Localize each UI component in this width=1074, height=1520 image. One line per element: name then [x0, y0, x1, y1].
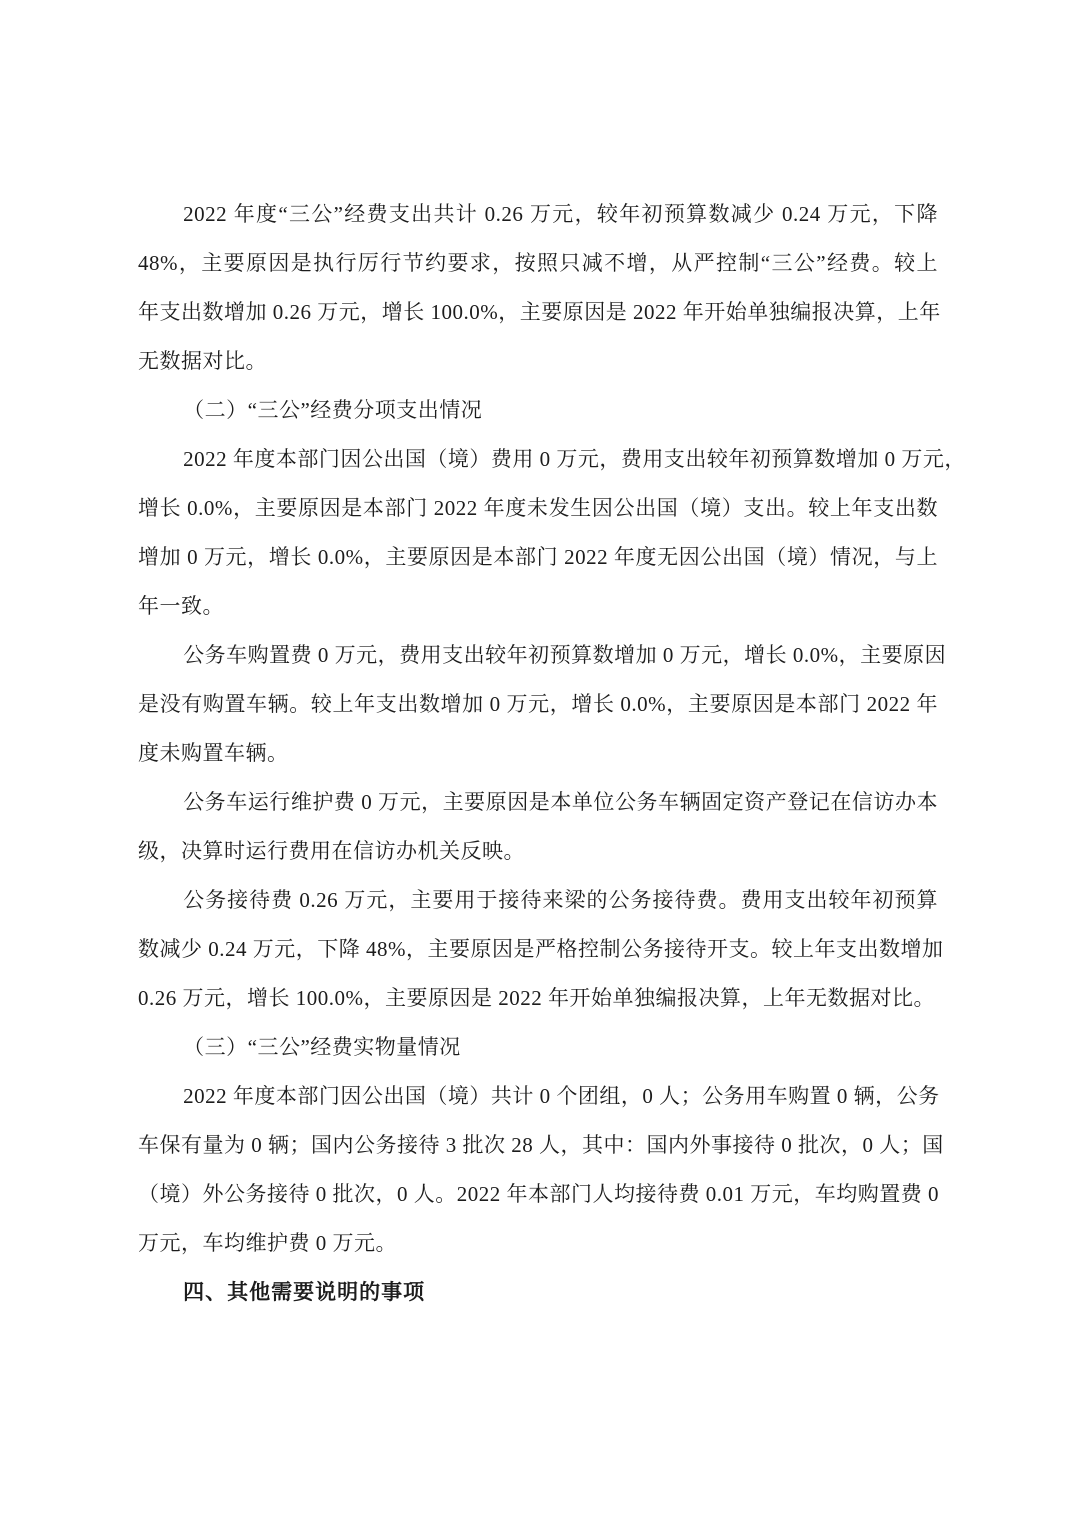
paragraph-line: 增加 0 万元，增长 0.0%，主要原因是本部门 2022 年度无因公出国（境）…	[138, 533, 938, 582]
paragraph-line: 万元，车均维护费 0 万元。	[138, 1219, 938, 1268]
paragraph-line: 数减少 0.24 万元，下降 48%，主要原因是严格控制公务接待开支。较上年支出…	[138, 925, 938, 974]
document-page: 2022 年度“三公”经费支出共计 0.26 万元，较年初预算数减少 0.24 …	[0, 0, 1074, 1520]
paragraph-line: 无数据对比。	[138, 337, 938, 386]
paragraph-line: 2022 年度“三公”经费支出共计 0.26 万元，较年初预算数减少 0.24 …	[138, 190, 938, 239]
paragraph-line: （境）外公务接待 0 批次，0 人。2022 年本部门人均接待费 0.01 万元…	[138, 1170, 938, 1219]
paragraph-line: 48%，主要原因是执行厉行节约要求，按照只减不增，从严控制“三公”经费。较上	[138, 239, 938, 288]
paragraph-line: 级，决算时运行费用在信访办机关反映。	[138, 827, 938, 876]
paragraph-line: 0.26 万元，增长 100.0%，主要原因是 2022 年开始单独编报决算，上…	[138, 974, 938, 1023]
paragraph-line: 公务接待费 0.26 万元，主要用于接待来梁的公务接待费。费用支出较年初预算	[138, 876, 938, 925]
paragraph-line: 增长 0.0%，主要原因是本部门 2022 年度未发生因公出国（境）支出。较上年…	[138, 484, 938, 533]
paragraph-line: 年支出数增加 0.26 万元，增长 100.0%，主要原因是 2022 年开始单…	[138, 288, 938, 337]
paragraph-line: 车保有量为 0 辆；国内公务接待 3 批次 28 人，其中：国内外事接待 0 批…	[138, 1121, 938, 1170]
subsection-heading: （三）“三公”经费实物量情况	[138, 1023, 938, 1072]
section-heading: 四、其他需要说明的事项	[138, 1268, 938, 1317]
paragraph-line: 公务车运行维护费 0 万元，主要原因是本单位公务车辆固定资产登记在信访办本	[138, 778, 938, 827]
paragraph-line: 2022 年度本部门因公出国（境）共计 0 个团组，0 人；公务用车购置 0 辆…	[138, 1072, 938, 1121]
paragraph-line: 是没有购置车辆。较上年支出数增加 0 万元，增长 0.0%，主要原因是本部门 2…	[138, 680, 938, 729]
paragraph-line: 公务车购置费 0 万元，费用支出较年初预算数增加 0 万元，增长 0.0%，主要…	[138, 631, 938, 680]
paragraph-line: 度未购置车辆。	[138, 729, 938, 778]
text-block: 2022 年度“三公”经费支出共计 0.26 万元，较年初预算数减少 0.24 …	[138, 190, 938, 1317]
subsection-heading: （二）“三公”经费分项支出情况	[138, 386, 938, 435]
paragraph-line: 年一致。	[138, 582, 938, 631]
paragraph-line: 2022 年度本部门因公出国（境）费用 0 万元，费用支出较年初预算数增加 0 …	[138, 435, 938, 484]
